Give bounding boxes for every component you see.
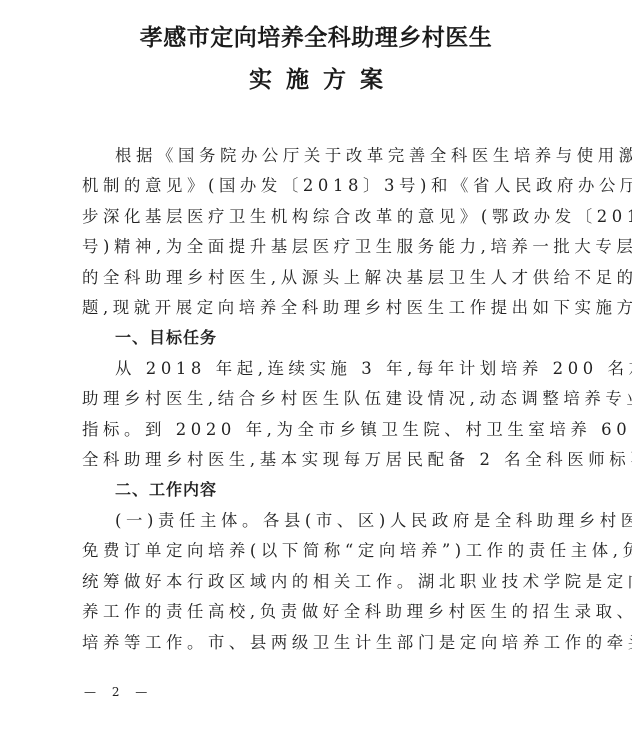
- paragraph-line: 全科助理乡村医生,基本实现每万居民配备 2 名全科医师标准。: [82, 450, 550, 470]
- paragraph-line: 指标。到 2020 年,为全市乡镇卫生院、村卫生室培养 600 名左右: [82, 420, 550, 440]
- paragraph-line: 根据《国务院办公厅关于改革完善全科医生培养与使用激励: [115, 146, 550, 166]
- paragraph-line: 步深化基层医疗卫生机构综合改革的意见》(鄂政办发〔2017〕30: [82, 207, 550, 227]
- paragraph-line: 题,现就开展定向培养全科助理乡村医生工作提出如下实施方案。: [82, 298, 550, 318]
- paragraph-line: 免费订单定向培养(以下简称“定向培养”)工作的责任主体,负责: [82, 541, 550, 561]
- document-title: 孝感市定向培养全科助理乡村医生: [0, 24, 632, 52]
- paragraph-line: 统筹做好本行政区域内的相关工作。湖北职业技术学院是定向培: [82, 572, 550, 592]
- section-heading-work-content: 二、工作内容: [115, 480, 550, 500]
- paragraph-line: 从 2018 年起,连续实施 3 年,每年计划培养 200 名左右全科: [115, 359, 550, 379]
- paragraph-line: (一)责任主体。各县(市、区)人民政府是全科助理乡村医生: [115, 511, 550, 531]
- paragraph-line: 的全科助理乡村医生,从源头上解决基层卫生人才供给不足的问: [82, 268, 550, 288]
- paragraph-line: 培养等工作。市、县两级卫生计生部门是定向培养工作的牵头单: [82, 633, 550, 653]
- document-subtitle: 实施方案: [0, 66, 632, 94]
- paragraph-line: 号)精神,为全面提升基层医疗卫生服务能力,培养一批大专层次: [82, 237, 550, 257]
- section-heading-objectives: 一、目标任务: [115, 328, 550, 348]
- paragraph-line: 机制的意见》(国办发〔2018〕3号)和《省人民政府办公厅关于进一: [82, 176, 550, 196]
- paragraph-line: 养工作的责任高校,负责做好全科助理乡村医生的招生录取、在校: [82, 602, 550, 622]
- paragraph-line: 助理乡村医生,结合乡村医生队伍建设情况,动态调整培养专业和: [82, 389, 550, 409]
- page-number: — 2 —: [84, 683, 153, 701]
